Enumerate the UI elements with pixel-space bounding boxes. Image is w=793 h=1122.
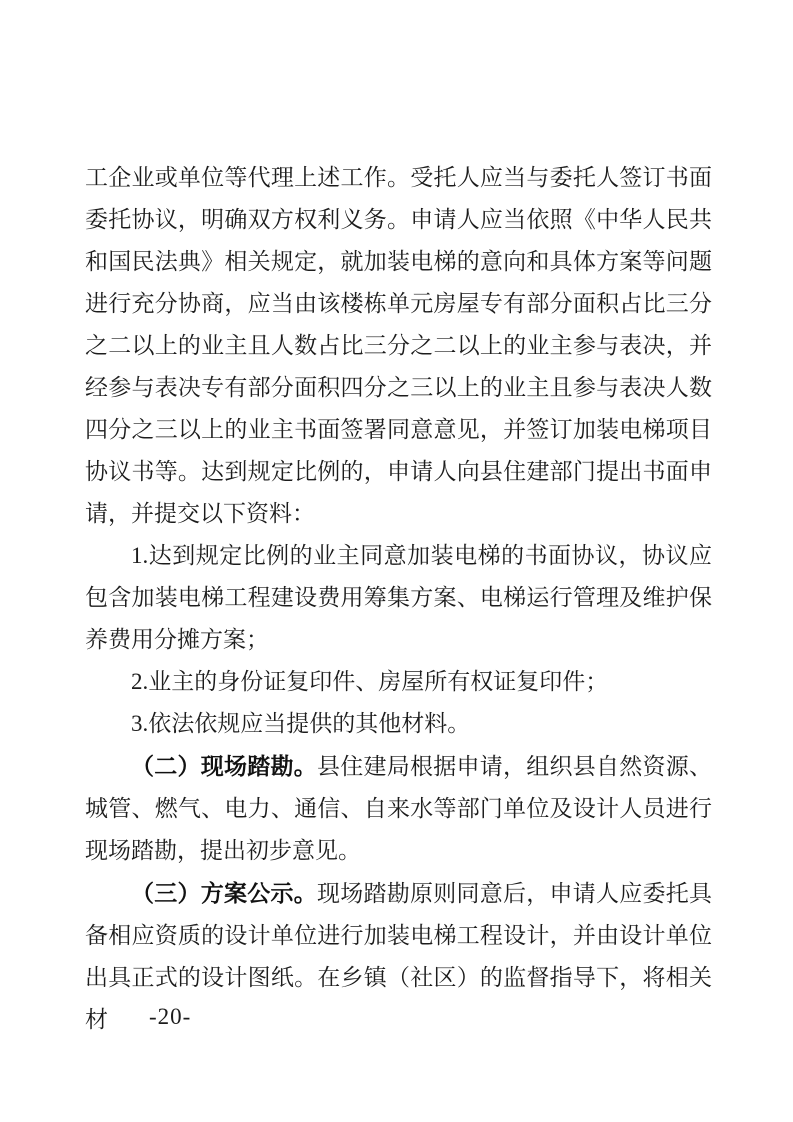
body-paragraph: 工企业或单位等代理上述工作。受托人应当与委托人签订书面委托协议，明确双方权利义务… bbox=[85, 157, 712, 535]
body-paragraph: 2.业主的身份证复印件、房屋所有权证复印件； bbox=[85, 661, 712, 703]
page-number: -20- bbox=[149, 1002, 191, 1032]
document-body: 工企业或单位等代理上述工作。受托人应当与委托人签订书面委托协议，明确双方权利义务… bbox=[85, 157, 712, 1041]
section-heading: （二）现场踏勘。 bbox=[131, 753, 317, 779]
paragraph-text: 工企业或单位等代理上述工作。受托人应当与委托人签订书面委托协议，明确双方权利义务… bbox=[85, 165, 712, 526]
paragraph-text: 3.依法依规应当提供的其他材料。 bbox=[131, 711, 470, 736]
paragraph-text: 2.业主的身份证复印件、房屋所有权证复印件； bbox=[131, 669, 608, 694]
body-paragraph: （二）现场踏勘。县住建局根据申请，组织县自然资源、城管、燃气、电力、通信、自来水… bbox=[85, 745, 712, 872]
section-heading: （三）方案公示。 bbox=[131, 880, 317, 906]
document-page: 工企业或单位等代理上述工作。受托人应当与委托人签订书面委托协议，明确双方权利义务… bbox=[0, 0, 793, 1122]
body-paragraph: 1.达到规定比例的业主同意加装电梯的书面协议，协议应包含加装电梯工程建设费用筹集… bbox=[85, 535, 712, 661]
body-paragraph: 3.依法依规应当提供的其他材料。 bbox=[85, 703, 712, 745]
paragraph-text: 1.达到规定比例的业主同意加装电梯的书面协议，协议应包含加装电梯工程建设费用筹集… bbox=[85, 543, 712, 652]
